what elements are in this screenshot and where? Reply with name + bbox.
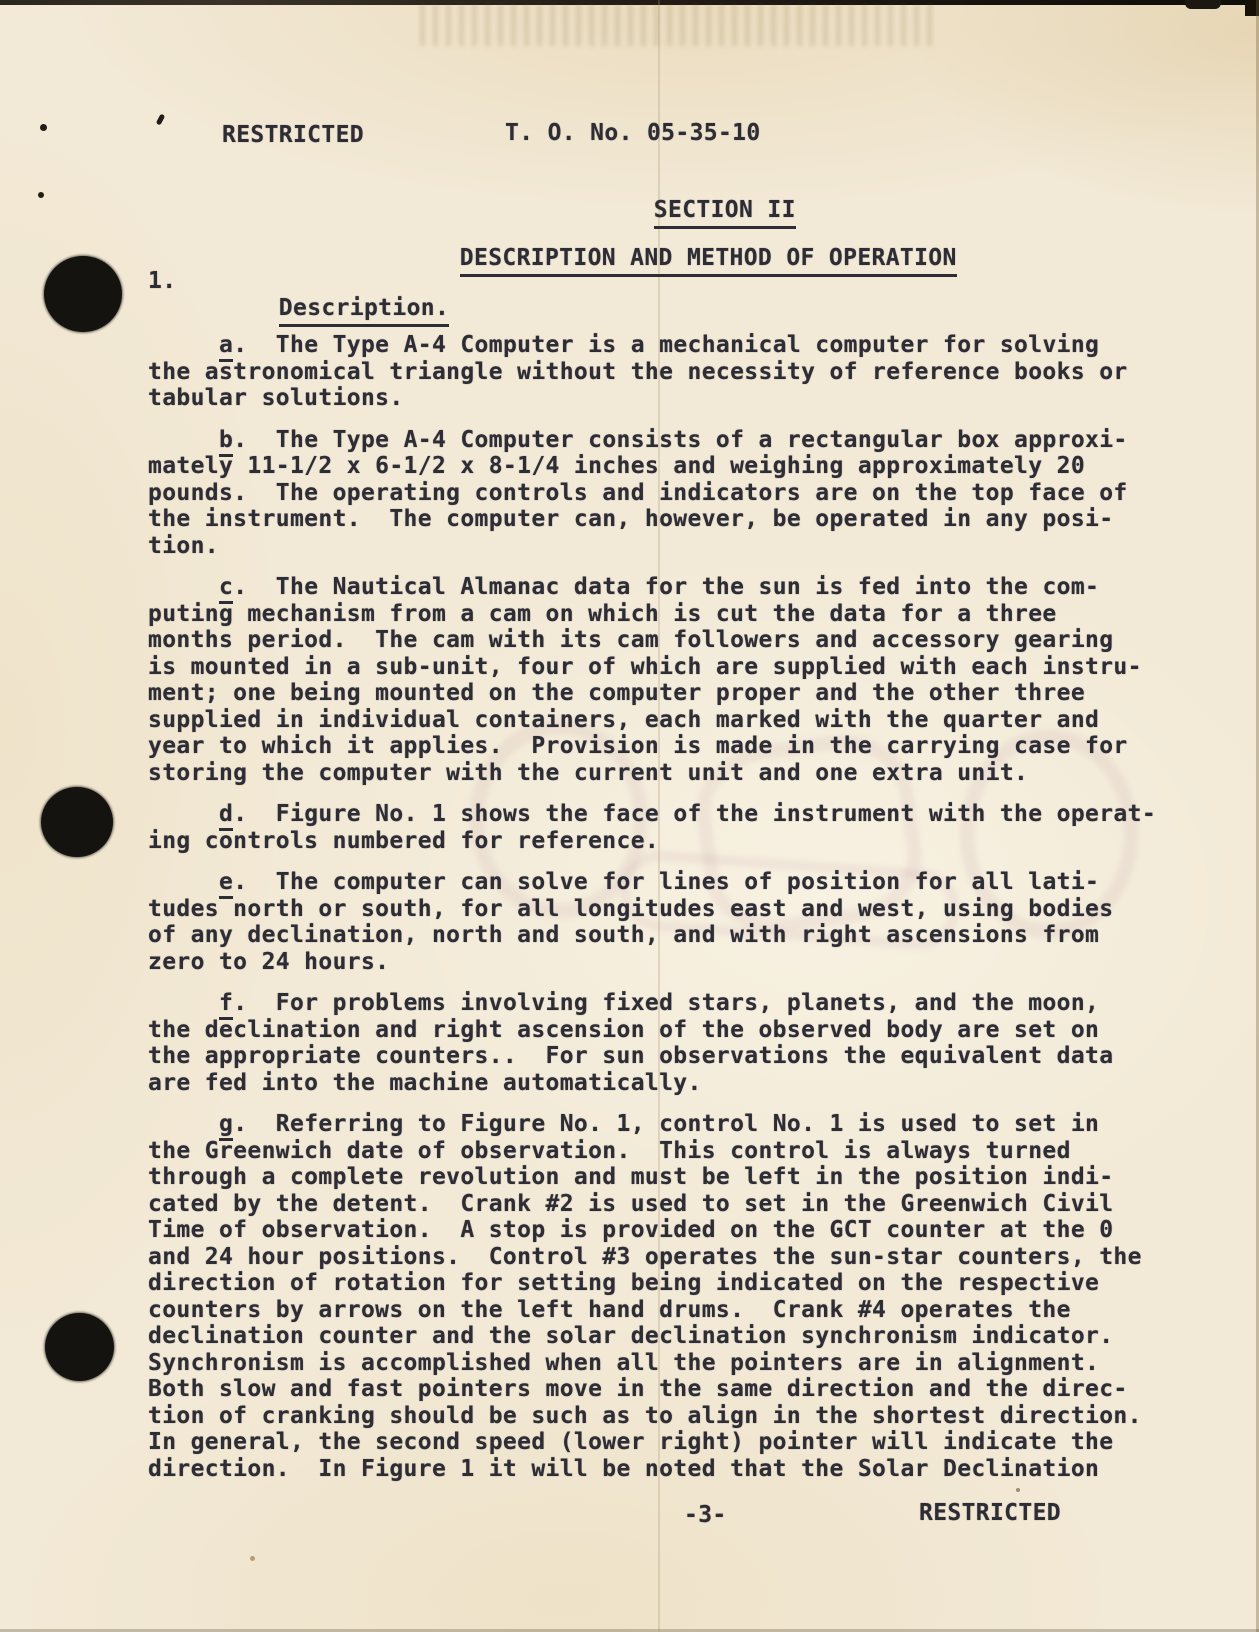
bleed-through-smudge (420, 4, 940, 46)
page-top-edge-blob (1185, 0, 1221, 9)
paragraph-line: counters by arrows on the left hand drum… (148, 1297, 1178, 1324)
paragraph-line: pounds. The operating controls and indic… (148, 480, 1178, 507)
paragraph-line: direction. In Figure 1 it will be noted … (148, 1456, 1178, 1483)
paragraph-line: declination counter and the solar declin… (148, 1323, 1178, 1350)
paragraph-line: a. The Type A-4 Computer is a mechanical… (148, 332, 1178, 359)
paragraph-line: ing controls numbered for reference. (148, 828, 1178, 855)
paragraph-line: b. The Type A-4 Computer consists of a r… (148, 427, 1178, 454)
paragraph-e: e. The computer can solve for lines of p… (148, 869, 1178, 975)
hole-punch-bottom (45, 1313, 114, 1381)
paragraph-line: d. Figure No. 1 shows the face of the in… (148, 801, 1178, 828)
paragraph-line: c. The Nautical Almanac data for the sun… (148, 574, 1178, 601)
header-to-number: T. O. No. 05-35-10 (505, 120, 761, 147)
pen-mark (156, 113, 166, 125)
paragraph-line: g. Referring to Figure No. 1, control No… (148, 1111, 1178, 1138)
paragraph-line: the Greenwich date of observation. This … (148, 1138, 1178, 1165)
paragraph-line: supplied in individual containers, each … (148, 707, 1178, 734)
paragraph-line: zero to 24 hours. (148, 949, 1178, 976)
paragraph-c: c. The Nautical Almanac data for the sun… (148, 574, 1178, 786)
paragraph-line: Both slow and fast pointers move in the … (148, 1376, 1178, 1403)
paragraph-f: f. For problems involving fixed stars, p… (148, 990, 1178, 1096)
ink-speck (250, 1556, 255, 1561)
paragraph-line: of any declination, north and south, and… (148, 922, 1178, 949)
paragraph-line: year to which it applies. Provision is m… (148, 733, 1178, 760)
ink-speck (38, 192, 44, 198)
paragraph-line: Time of observation. A stop is provided … (148, 1217, 1178, 1244)
paragraph-line: e. The computer can solve for lines of p… (148, 869, 1178, 896)
paragraphs: a. The Type A-4 Computer is a mechanical… (148, 332, 1178, 1497)
item-title: Description. (279, 295, 449, 327)
paragraph-line: Synchronism is accomplished when all the… (148, 1350, 1178, 1377)
page-number: -3- (684, 1502, 727, 1529)
header-classification: RESTRICTED (222, 122, 364, 149)
paragraph-line: is mounted in a sub-unit, four of which … (148, 654, 1178, 681)
paragraph-line: cated by the detent. Crank #2 is used to… (148, 1191, 1178, 1218)
paragraph-d: d. Figure No. 1 shows the face of the in… (148, 801, 1178, 854)
paragraph-letter: c (219, 574, 233, 604)
paragraph-g: g. Referring to Figure No. 1, control No… (148, 1111, 1178, 1482)
paragraph-line: tion of cranking should be such as to al… (148, 1403, 1178, 1430)
paragraph-line: tabular solutions. (148, 385, 1178, 412)
paragraph-line: the declination and right ascension of t… (148, 1017, 1178, 1044)
paragraph-line: and 24 hour positions. Control #3 operat… (148, 1244, 1178, 1271)
item-number: 1. (148, 268, 176, 295)
paragraph-a: a. The Type A-4 Computer is a mechanical… (148, 332, 1178, 412)
paragraph-line: ment; one being mounted on the computer … (148, 680, 1178, 707)
ink-speck (40, 124, 47, 131)
paragraph-letter: d (219, 801, 233, 831)
paragraph-line: the instrument. The computer can, howeve… (148, 506, 1178, 533)
paragraph-line: the appropriate counters.. For sun obser… (148, 1043, 1178, 1070)
hole-punch-top (44, 256, 122, 332)
paragraph-b: b. The Type A-4 Computer consists of a r… (148, 427, 1178, 560)
paragraph-letter: a (219, 332, 233, 362)
paragraph-letter: f (219, 990, 233, 1020)
paragraph-line: are fed into the machine automatically. (148, 1070, 1178, 1097)
paragraph-line: tion. (148, 533, 1178, 560)
paragraph-line: the astronomical triangle without the ne… (148, 359, 1178, 386)
paragraph-line: In general, the second speed (lower righ… (148, 1429, 1178, 1456)
paragraph-letter: b (219, 427, 233, 457)
hole-punch-middle (41, 787, 113, 857)
paragraph-letter: e (219, 869, 233, 899)
paragraph-line: storing the computer with the current un… (148, 760, 1178, 787)
paragraph-line: direction of rotation for setting being … (148, 1270, 1178, 1297)
paragraph-line: months period. The cam with its cam foll… (148, 627, 1178, 654)
document-page: RESTRICTED T. O. No. 05-35-10 SECTION II… (0, 0, 1259, 1632)
paragraph-letter: g (219, 1111, 233, 1141)
paragraph-line: tudes north or south, for all longitudes… (148, 896, 1178, 923)
section-subtitle: DESCRIPTION AND METHOD OF OPERATION (460, 245, 957, 277)
paragraph-line: mately 11-1/2 x 6-1/2 x 8-1/4 inches and… (148, 453, 1178, 480)
paragraph-line: f. For problems involving fixed stars, p… (148, 990, 1178, 1017)
paragraph-line: puting mechanism from a cam on which is … (148, 601, 1178, 628)
footer-classification: RESTRICTED (919, 1500, 1061, 1527)
paragraph-line: through a complete revolution and must b… (148, 1164, 1178, 1191)
